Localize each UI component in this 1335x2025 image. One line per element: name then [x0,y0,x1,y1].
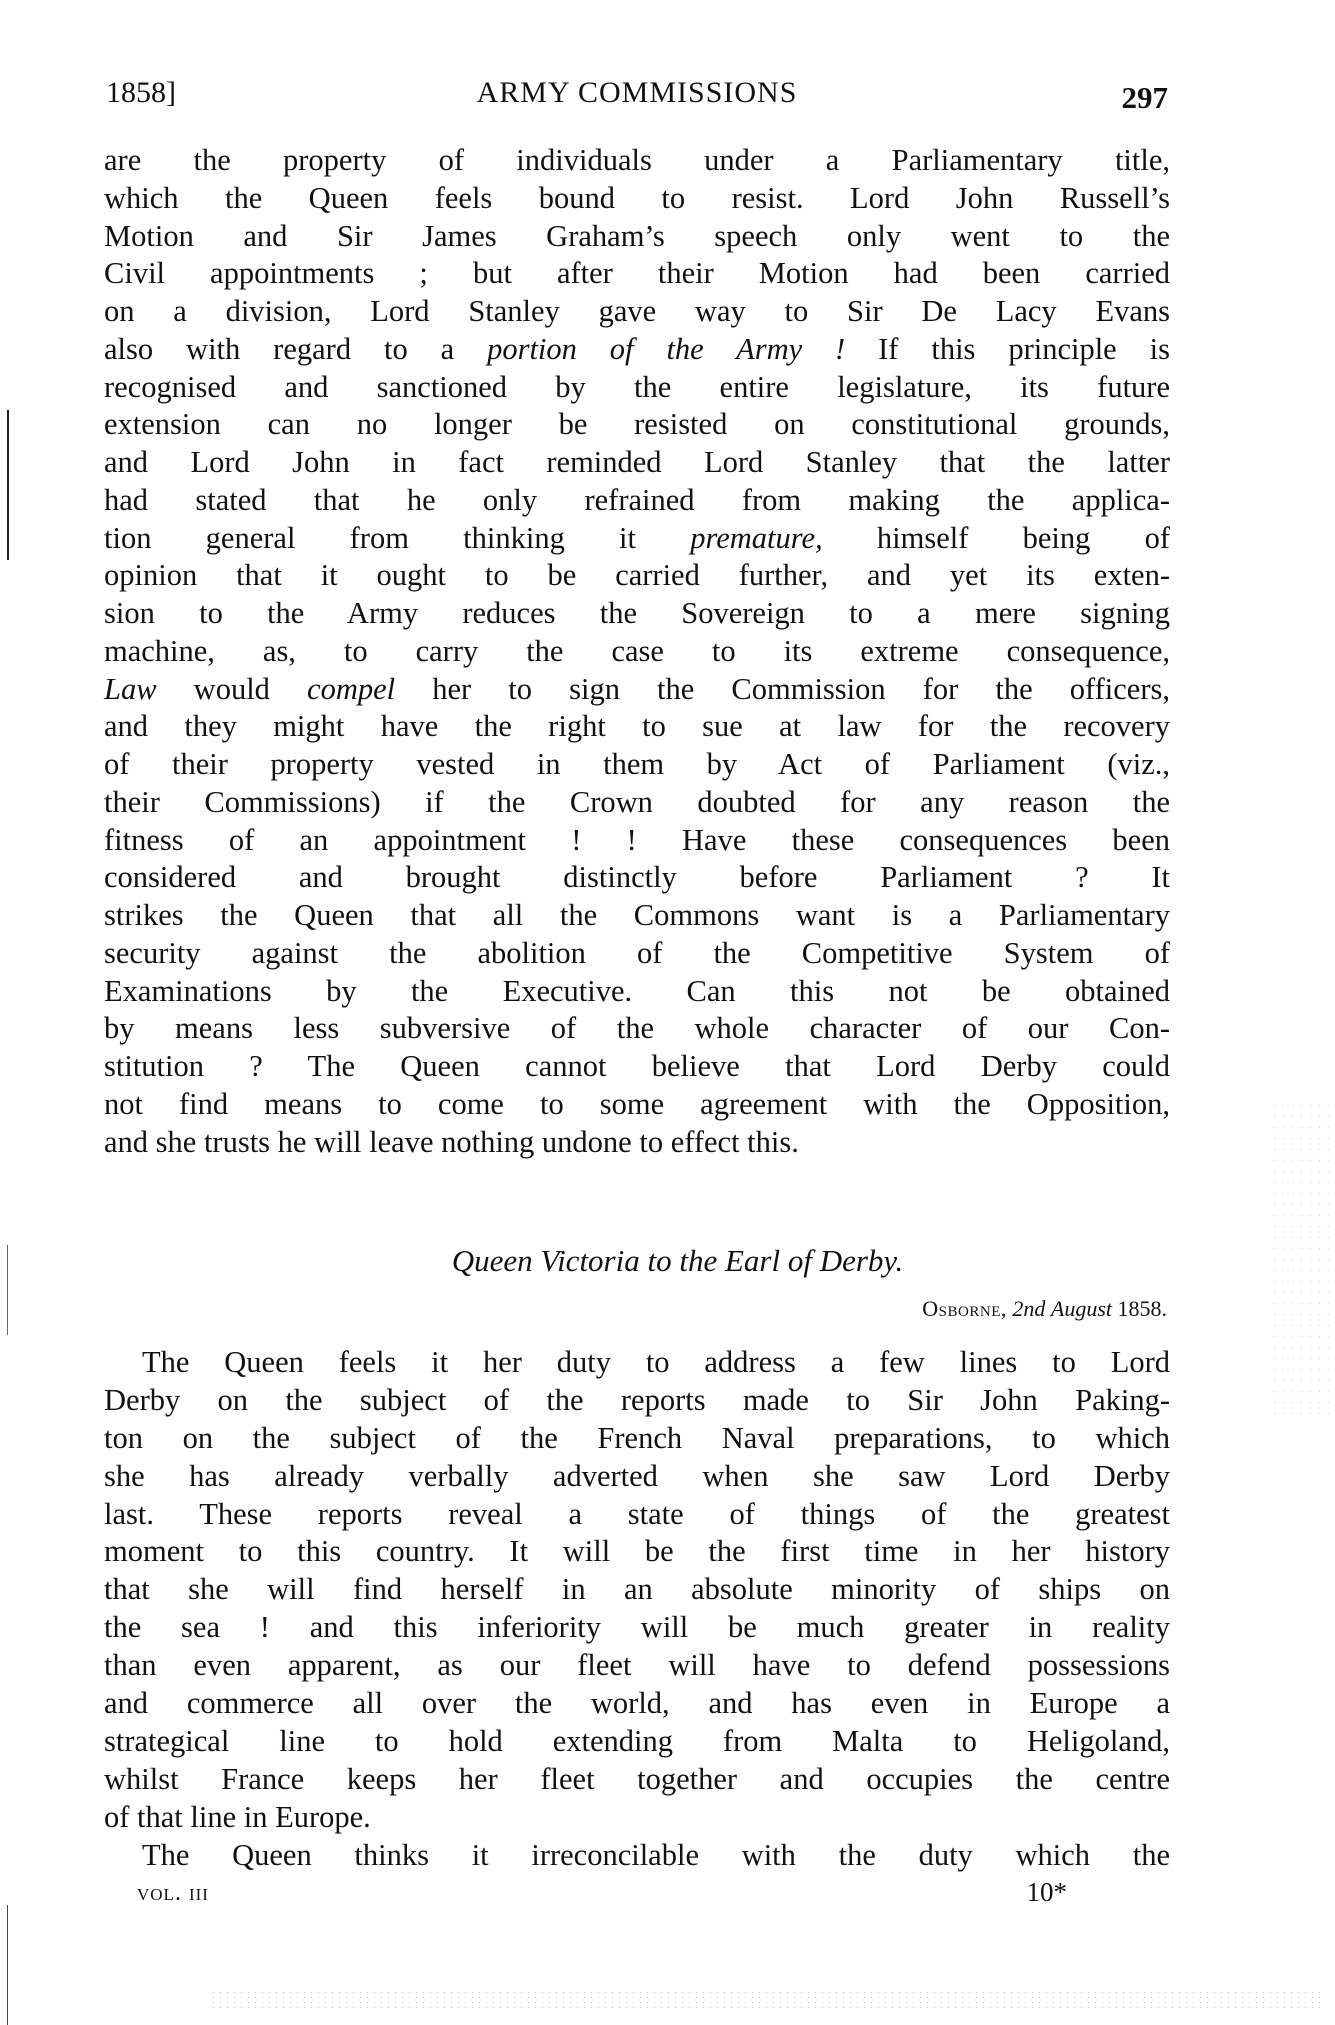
text-line: had stated that he only refrained from m… [104,482,1170,520]
text-line: ton on the subject of the French Naval p… [104,1420,1170,1458]
text-line: opinion that it ought to be carried furt… [104,557,1170,595]
dateline-day: 2nd [1012,1296,1045,1321]
text-line: The Queen feels it her duty to address a… [104,1344,1170,1382]
text-line: not find means to come to some agreement… [104,1086,1170,1124]
text-line: The Queen thinks it irreconcilable with … [104,1837,1170,1875]
text-line: whilst France keeps her fleet together a… [104,1761,1170,1799]
text-line: fitness of an appointment ! ! Have these… [104,822,1170,860]
text-line: and she trusts he will leave nothing und… [104,1124,1170,1162]
letter2-text: The Queen feels it her duty to address a… [104,1344,1170,1874]
text-line: are the property of individuals under a … [104,142,1170,180]
text-line: of that line in Europe. [104,1799,1170,1837]
text-line: Law would compel her to sign the Commiss… [104,671,1170,709]
text-line: last. These reports reveal a state of th… [104,1496,1170,1534]
text-line: Civil appointments ; but after their Mot… [104,255,1170,293]
signature-mark: 10* [1027,1877,1068,1908]
text-line: and commerce all over the world, and has… [104,1685,1170,1723]
letter2-dateline: Osborne, 2nd August 1858. [922,1296,1167,1322]
letter2-heading: Queen Victoria to the Earl of Derby. [0,1243,1335,1279]
text-line: sion to the Army reduces the Sovereign t… [104,595,1170,633]
dateline-year: 1858. [1118,1296,1168,1321]
text-line: that she will find herself in an absolut… [104,1571,1170,1609]
text-line: tion general from thinking it premature,… [104,520,1170,558]
text-line: stitution ? The Queen cannot believe tha… [104,1048,1170,1086]
running-head: 1858] ARMY COMMISSIONS 297 [106,76,1168,116]
page-footer: vol. iii 10* [137,1880,1067,1907]
scan-margin-mark [7,1905,8,2025]
text-line: which the Queen feels bound to resist. L… [104,180,1170,218]
text-line: extension can no longer be resisted on c… [104,406,1170,444]
text-line: recognised and sanctioned by the entire … [104,369,1170,407]
scan-margin-mark [7,410,9,560]
text-line: on a division, Lord Stanley gave way to … [104,293,1170,331]
dateline-month: August [1051,1296,1112,1321]
text-line: and Lord John in fact reminded Lord Stan… [104,444,1170,482]
text-line: their Commissions) if the Crown doubted … [104,784,1170,822]
dateline-place: Osborne, [922,1296,1007,1321]
text-line: Derby on the subject of the reports made… [104,1382,1170,1420]
text-line: strikes the Queen that all the Commons w… [104,897,1170,935]
book-page: 1858] ARMY COMMISSIONS 297 are the prope… [0,0,1335,2025]
text-line: she has already verbally adverted when s… [104,1458,1170,1496]
page-number: 297 [1122,80,1169,116]
text-line: than even apparent, as our fleet will ha… [104,1647,1170,1685]
scan-noise [210,1990,1320,2012]
text-line: also with regard to a portion of the Arm… [104,331,1170,369]
text-line: of their property vested in them by Act … [104,746,1170,784]
text-line: security against the abolition of the Co… [104,935,1170,973]
text-line: the sea ! and this inferiority will be m… [104,1609,1170,1647]
text-line: Examinations by the Executive. Can this … [104,973,1170,1011]
volume-label: vol. iii [137,1880,209,1906]
text-line: strategical line to hold extending from … [104,1723,1170,1761]
text-line: machine, as, to carry the case to its ex… [104,633,1170,671]
text-line: by means less subversive of the whole ch… [104,1010,1170,1048]
letter1-text: are the property of individuals under a … [104,142,1170,1161]
text-line: and they might have the right to sue at … [104,708,1170,746]
text-line: moment to this country. It will be the f… [104,1533,1170,1571]
text-line: Motion and Sir James Graham’s speech onl… [104,218,1170,256]
text-line: considered and brought distinctly before… [104,859,1170,897]
running-head-title: ARMY COMMISSIONS [106,76,1168,110]
